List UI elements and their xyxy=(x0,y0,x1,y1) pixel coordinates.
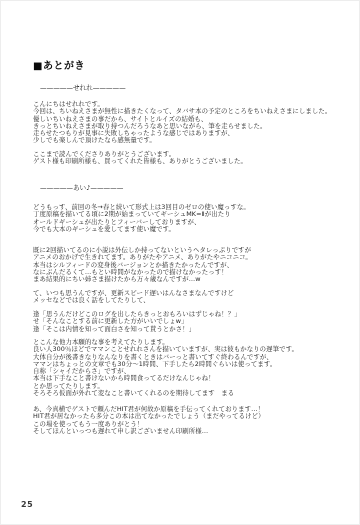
paragraph: どうもっす、前回の冬→春と続いて形式上は3回目のゼロの使い魔っすな。 丁度原稿を… xyxy=(33,204,350,233)
text-line: メッセなどでは良く話をしてたりして、 xyxy=(33,297,350,304)
author-separator-serere: —————せれれ————— xyxy=(40,82,126,92)
text-line: まあ結果的にちい姉さま描けたから万々歳なんですが…w xyxy=(33,276,350,283)
page-number: 25 xyxy=(21,500,33,509)
text-line: 少しでも楽しんで頂けたなら感無量です。 xyxy=(33,137,350,144)
afterword-page: ■あとがき —————せれれ————— こんにちはせれれです。 今回は、ちいねえ… xyxy=(0,0,360,525)
text-line: そしてほんといっつも遅れて申し訳ございません印刷所様… xyxy=(33,428,350,435)
paragraph: ここまで読んでくださりありがとうございます。 ゲスト様も印刷所様も、買ってくれた… xyxy=(33,151,350,166)
text-line: ゲスト様も印刷所様も、買ってくれた皆様も、ありがとうございました。 xyxy=(33,158,350,165)
paragraph: て、いつも思うんですが、更新スピード遅いはんなさまなんですけど メッセなどでは良… xyxy=(33,290,350,305)
text-line: 今でも大本のギーシュを愛してます使い魔です。 xyxy=(33,226,350,233)
paragraph: あ、今真横でゲストで頼んだHIT君が何故か原稿を手伝ってくれております…！ HI… xyxy=(33,406,350,435)
text-line: そろそろ仮面が外れて変なこと書いてくれるのを期待してます まる xyxy=(33,390,350,397)
paragraph: 既に2回描いてるのに小説は外伝しか持ってないというヘタレっぷりですが アニメのお… xyxy=(33,247,350,283)
author-separator-ai: —————あい♪————— xyxy=(40,182,123,192)
paragraph: とこんな他力本願的な事を考えてたりします。 良い人300％ほどでママンことせれれ… xyxy=(33,339,350,397)
text-line: 逢「そこは内情を知って面白さを知って貰うとかさ！」 xyxy=(33,326,350,333)
paragraph: こんにちはせれれです。 今回は、ちいねえさまが無性に描きたくなって、タバサ本の予… xyxy=(33,101,350,145)
page-title: ■あとがき xyxy=(33,57,85,72)
dialogue-paragraph: 逢「思うんだけどこのログを出したらきっとおもろいはずじゃね！？」 せ「そんなこと… xyxy=(33,311,350,333)
